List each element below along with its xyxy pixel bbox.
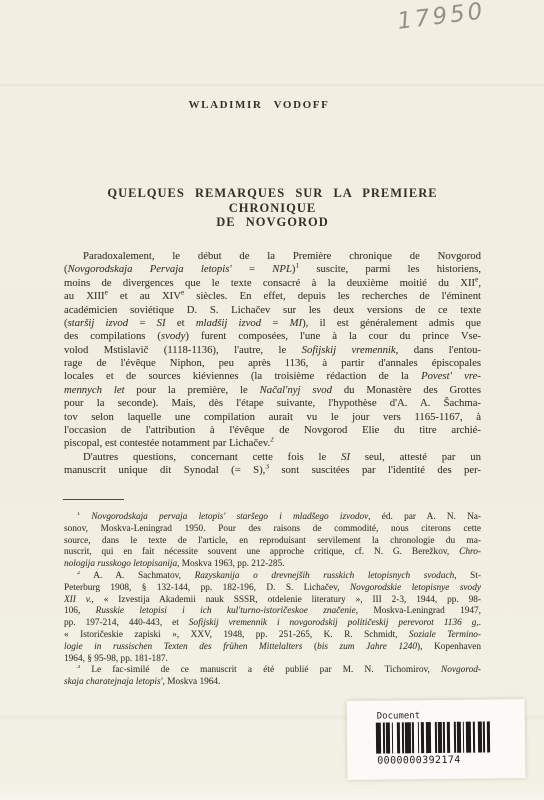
- footnote-line: 2 A. A. Šachmatov, Razyskanija o drevnej…: [64, 571, 481, 583]
- body-line: (staršij izvod = SI et mladšij izvod = M…: [64, 317, 481, 330]
- body-line: des compilations (svody) furent composée…: [64, 330, 481, 343]
- footnote-line: Peterburg 1908, § 132-144, pp. 182-196, …: [64, 583, 481, 595]
- body-line: moins de divergences que le texte consac…: [64, 277, 481, 290]
- footnote-line: 106, Russkie letopisi i ich kul'turno-is…: [64, 606, 481, 618]
- barcode-sticker-title: Document: [377, 711, 420, 721]
- paper-crease-top: [0, 83, 544, 89]
- body-line: D'autres questions, concernant cette foi…: [64, 451, 481, 464]
- article-title: QUELQUES REMARQUES SUR LA PREMIERE CHRON…: [64, 186, 481, 230]
- body-line: Paradoxalement, le début de la Première …: [64, 250, 481, 263]
- footnote-line: XII v., « Izvestija Akademii nauk SSSR, …: [64, 595, 481, 607]
- author-name: WLADIMIR VODOFF: [64, 99, 454, 111]
- footnote-line: source, dans le texte de l'article, en r…: [64, 536, 481, 548]
- body-line: rage de l'évêque Niphon, peu après 1136,…: [64, 357, 481, 370]
- footnote-line: 3 Le fac-similé de ce manuscrit a été pu…: [64, 665, 481, 677]
- body-line: mennych let pour la première, le Načal'n…: [64, 384, 481, 397]
- body-line: piscopal, est contestée notamment par Li…: [64, 437, 481, 450]
- barcode-icon: [376, 721, 490, 753]
- footnote-line: skaja charatejnaja letopis', Moskva 1964…: [64, 677, 481, 689]
- body-line: manuscrit unique dit Synodal (= S),3 son…: [64, 464, 481, 477]
- footnote-separator-rule: [63, 499, 124, 500]
- article-body: Paradoxalement, le début de la Première …: [64, 250, 481, 477]
- barcode-bar: [487, 721, 491, 752]
- body-line: volod Mstislavič (1118-1136), l'autre, l…: [64, 344, 481, 357]
- footnotes-block: 1 Novgorodskaja pervaja letopis' staršeg…: [64, 512, 481, 689]
- barcode-sticker: Document 0000000392174: [347, 699, 526, 780]
- footnote-line: sonov, Moskva-Leningrad 1950. Pour des r…: [64, 524, 481, 536]
- body-line: académicien soviétique D. S. Lichačev su…: [64, 304, 481, 317]
- handwritten-accession-number: 17950: [396, 0, 487, 35]
- article-title-line1: QUELQUES REMARQUES SUR LA PREMIERE CHRON…: [64, 186, 481, 215]
- body-line: tov selon laquelle une compilation aurai…: [64, 411, 481, 424]
- footnote-line: nuscrit, qui en fait nécessite souvent u…: [64, 547, 481, 559]
- footnote-line: 1964, § 95-98, pp. 181-187.: [64, 654, 481, 666]
- body-line: pour la seconde). Mais, dès l'étape suiv…: [64, 397, 481, 410]
- barcode-number: 0000000392174: [377, 755, 461, 767]
- scanned-document-page: 17950 WLADIMIR VODOFF QUELQUES REMARQUES…: [0, 0, 544, 800]
- body-line: locales et de sources kiéviennes (la tro…: [64, 370, 481, 383]
- body-line: au XIIIe et au XIVe siècles. En effet, d…: [64, 290, 481, 303]
- footnote-line: 1 Novgorodskaja pervaja letopis' staršeg…: [64, 512, 481, 524]
- footnote-line: nologija russkogo letopisanija, Moskva 1…: [64, 559, 481, 571]
- footnote-line: pp. 197-214, 440-443, et Sofijskij vreme…: [64, 618, 481, 630]
- body-line: l'occasion de l'attribution à l'évêque d…: [64, 424, 481, 437]
- footnote-line: « Istoričeskie zapiski », XXV, 1948, pp.…: [64, 630, 481, 642]
- body-line: (Novgorodskaja Pervaja letopis' = NPL)1 …: [64, 263, 481, 276]
- footnote-line: logie in russischen Texten des frühen Mi…: [64, 642, 481, 654]
- article-title-line2: DE NOVGOROD: [64, 215, 481, 230]
- paper-edge-highlight: [0, 780, 544, 800]
